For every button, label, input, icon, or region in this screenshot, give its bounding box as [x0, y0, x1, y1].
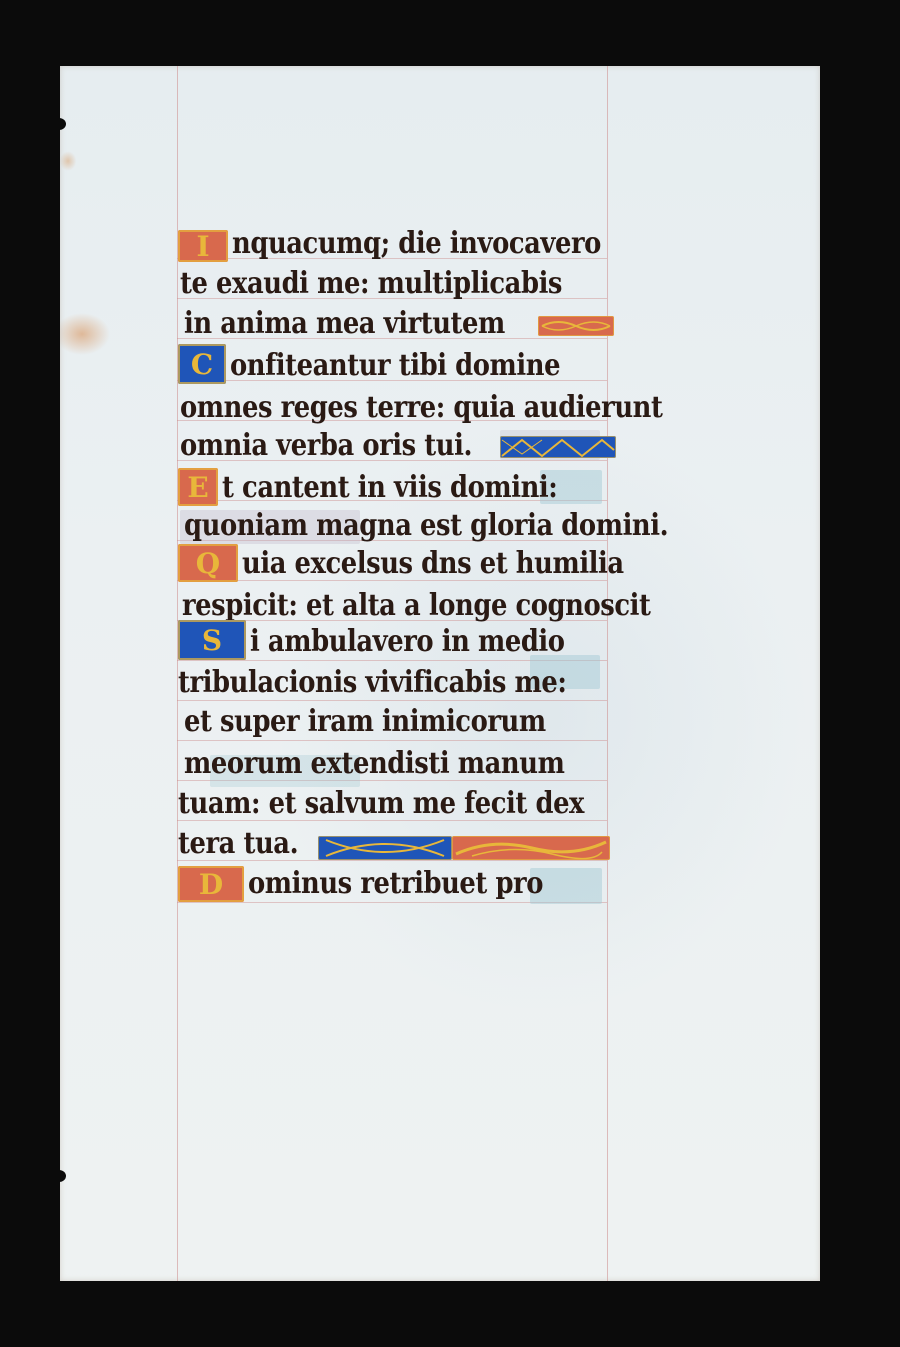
line-text: uia excelsus dns et humilia: [242, 546, 624, 582]
text-line: quoniam magna est gloria domini.: [184, 508, 747, 544]
text-line: C onfiteantur tibi domine: [178, 348, 614, 384]
line-text: onfiteantur tibi domine: [230, 348, 560, 384]
line-text: t cantent in viis domini:: [222, 470, 557, 506]
text-line: Q uia excelsus dns et humilia: [178, 546, 686, 582]
line-filler-red: [538, 316, 614, 336]
text-line: in anima mea virtutem: [184, 306, 557, 342]
line-text: nquacumq; die invocavero: [232, 226, 601, 262]
text-line: omnes reges terre: quia audierunt: [180, 390, 741, 426]
line-text: et super iram inimicorum: [184, 704, 546, 740]
line-text: meorum extendisti manum: [184, 746, 564, 782]
text-line: tuam: et salvum me fecit dex: [178, 786, 650, 822]
line-text: in anima mea virtutem: [184, 306, 505, 342]
text-line: tera tua.: [178, 826, 318, 862]
text-line: te exaudi me: multiplicabis: [180, 266, 624, 302]
line-filler-blue: [500, 436, 616, 458]
line-filler-red: [452, 836, 610, 860]
line-text: tribulacionis vivificabis me:: [178, 665, 566, 701]
line-text: quoniam magna est gloria domini.: [184, 508, 668, 544]
text-line: I nquacumq; die invocavero: [178, 226, 661, 262]
decorated-initial: C: [178, 344, 226, 384]
line-text: ominus retribuet pro: [248, 866, 543, 902]
decorated-initial: Q: [178, 544, 238, 582]
line-text: te exaudi me: multiplicabis: [180, 266, 562, 302]
text-line: omnia verba oris tui.: [180, 428, 520, 464]
line-text: tera tua.: [178, 826, 298, 862]
text-line: D ominus retribuet pro: [178, 866, 591, 902]
text-line: E t cantent in viis domini:: [178, 470, 612, 506]
line-text: omnes reges terre: quia audierunt: [180, 390, 662, 426]
line-filler-blue: [318, 836, 452, 860]
page-notch-bottom: [52, 1170, 66, 1182]
decorated-initial: D: [178, 866, 244, 902]
decorated-initial: I: [178, 230, 228, 262]
text-line: meorum extendisti manum: [184, 746, 626, 782]
text-line: et super iram inimicorum: [184, 704, 605, 740]
text-line: S i ambulavero in medio: [178, 624, 616, 660]
decorated-initial: S: [178, 620, 246, 660]
text-line: tribulacionis vivificabis me:: [178, 665, 630, 701]
line-text: respicit: et alta a longe cognoscit: [182, 588, 650, 624]
decorated-initial: E: [178, 468, 218, 506]
line-text: i ambulavero in medio: [250, 624, 565, 660]
text-line: respicit: et alta a longe cognoscit: [182, 588, 727, 624]
page-notch-top: [52, 118, 66, 130]
line-text: tuam: et salvum me fecit dex: [178, 786, 584, 822]
line-text: omnia verba oris tui.: [180, 428, 472, 464]
